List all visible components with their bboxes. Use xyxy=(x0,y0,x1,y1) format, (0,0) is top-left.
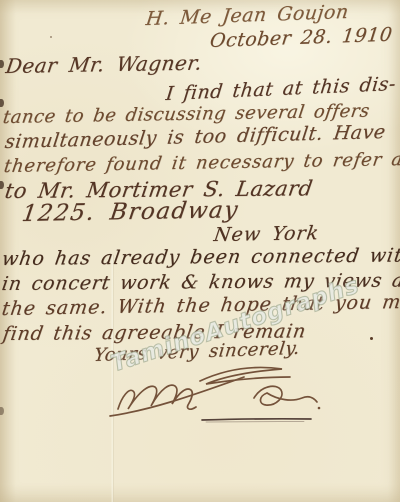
signature-underline xyxy=(202,419,311,420)
signature-stroke xyxy=(254,386,317,405)
body-line: who has already been connected with me xyxy=(0,244,400,270)
edge-mark xyxy=(0,99,4,107)
signature-underline xyxy=(206,422,304,423)
body-line: therefore found it necessary to refer al… xyxy=(3,149,400,177)
body-line: New York xyxy=(212,222,320,246)
edge-mark xyxy=(0,60,4,68)
signature-stroke xyxy=(318,407,321,410)
salutation-line: Dear Mr. Wagner. xyxy=(4,51,204,78)
letter-scan: H. Me Jean Goujon October 28. 1910 Dear … xyxy=(0,0,400,502)
paper-speck xyxy=(50,36,52,38)
body-line: 1225. Broadway xyxy=(20,197,240,227)
paper-speck xyxy=(370,337,373,340)
signature-stroke xyxy=(200,368,290,385)
edge-mark xyxy=(0,407,4,415)
letterhead-date-line: October 28. 1910 xyxy=(209,24,394,52)
edge-mark xyxy=(0,181,4,189)
signature xyxy=(106,362,322,426)
